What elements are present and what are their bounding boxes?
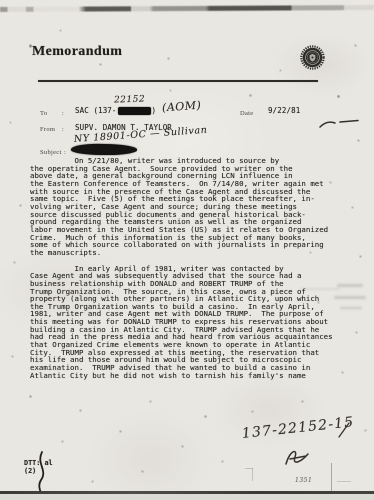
scan-noise-speckles — [0, 0, 1, 1]
memo-body: On 5/21/80, writer was introduced to sou… — [30, 157, 346, 379]
redaction-scribble — [71, 144, 137, 156]
stamp-box-edge — [252, 468, 253, 481]
from-label: From — [40, 126, 55, 133]
handwritten-file-serial: 22152 — [114, 94, 145, 105]
fbi-seal-icon — [300, 45, 325, 70]
subject-colon: : — [64, 149, 66, 156]
paragraph-2: In early April of 1981, writer was conta… — [30, 265, 346, 380]
faint-stamp-number: 1351 — [295, 477, 312, 484]
header-divider — [38, 80, 318, 82]
stamp-box-edge — [337, 481, 351, 482]
to-label: To — [40, 110, 47, 117]
handwritten-initials-squiggle — [282, 446, 316, 470]
to-value-prefix: SAC (137- — [75, 106, 117, 115]
stamp-box-edge — [331, 463, 332, 492]
to-colon: : — [62, 110, 64, 117]
redaction-bar — [118, 107, 151, 115]
stamp-box-edge — [245, 468, 253, 469]
serial-strike-mark — [336, 420, 352, 440]
to-value: SAC (137- ) — [75, 106, 156, 115]
memo-title: Memorandum — [32, 44, 122, 60]
date-label: Date — [240, 110, 253, 117]
subject-label: Subject — [40, 149, 62, 156]
handwritten-aom-note: (AOM) — [162, 99, 202, 115]
paragraph-1: On 5/21/80, writer was introduced to sou… — [30, 157, 346, 257]
handwritten-dash-mark — [318, 116, 360, 130]
from-colon: : — [62, 126, 64, 133]
to-value-suffix: ) — [152, 106, 157, 115]
scan-artifact-top-streak — [0, 5, 374, 12]
date-value: 9/22/81 — [268, 106, 300, 115]
scan-artifact-bottom-band — [0, 494, 374, 500]
memo-page: Memorandum To : SAC (137- ) 22152 (AOM) … — [0, 0, 374, 500]
